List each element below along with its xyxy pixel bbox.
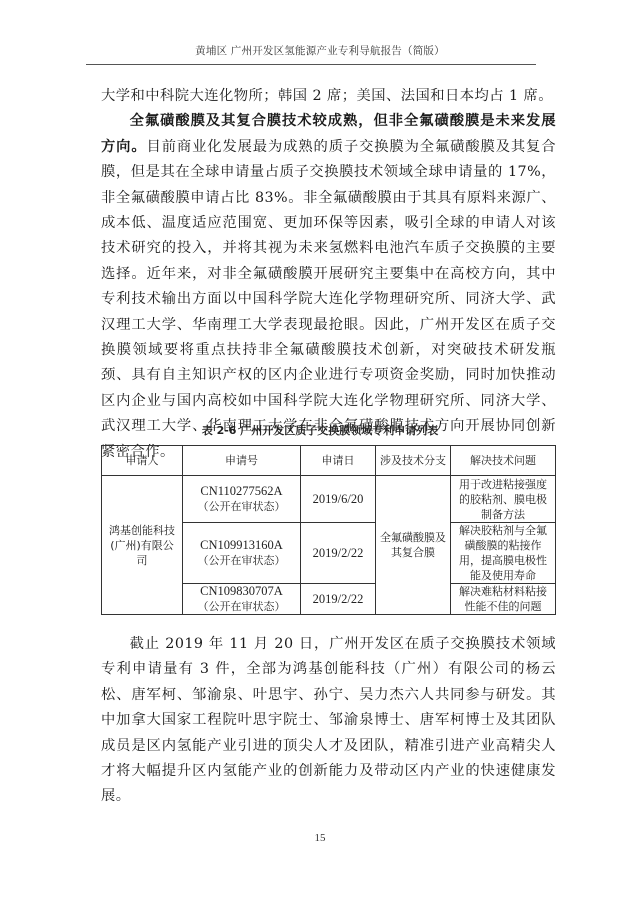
header-applicant: 申请人 — [102, 446, 183, 476]
patent-number: CN109913160A — [186, 538, 297, 553]
cell-application-date: 2019/2/22 — [301, 523, 376, 584]
cell-application-number: CN109913160A （公开在审状态） — [183, 523, 301, 584]
header-problem-solved: 解决技术问题 — [451, 446, 556, 476]
cell-application-date: 2019/6/20 — [301, 476, 376, 523]
cell-tech-branch: 全氟磺酸膜及其复合膜 — [376, 476, 451, 615]
patent-status: （公开在审状态） — [186, 553, 297, 568]
body-section-top: 大学和中科院大连化物所；韩国 2 席；美国、法国和日本均占 1 席。 全氟磺酸膜… — [101, 84, 556, 465]
header-application-date: 申请日 — [301, 446, 376, 476]
cell-problem-solved: 用于改进粘接强度的胶粘剂、膜电极制备方法 — [451, 476, 556, 523]
cell-problem-solved: 解决难粘材料粘接性能不佳的问题 — [451, 584, 556, 615]
patent-table: 申请人 申请号 申请日 涉及技术分支 解决技术问题 鸿基创能科技(广州)有限公司… — [101, 445, 556, 615]
patent-number: CN110277562A — [186, 484, 297, 499]
patent-status: （公开在审状态） — [186, 599, 297, 614]
header-divider — [86, 64, 536, 65]
paragraph-membrane-trend: 全氟磺酸膜及其复合膜技术较成熟，但非全氟磺酸膜是未来发展方向。目前商业化发展最为… — [101, 109, 556, 465]
cell-application-number: CN110277562A （公开在审状态） — [183, 476, 301, 523]
patent-status: （公开在审状态） — [186, 499, 297, 514]
header-application-number: 申请号 — [183, 446, 301, 476]
paragraph-continuation: 大学和中科院大连化物所；韩国 2 席；美国、法国和日本均占 1 席。 — [101, 84, 556, 109]
cell-problem-solved: 解决胶粘剂与全氟磺酸膜的粘接作用，提高膜电极性能及使用寿命 — [451, 523, 556, 584]
body-section-bottom: 截止 2019 年 11 月 20 日，广州开发区在质子交换膜技术领域专利申请量… — [101, 632, 556, 810]
running-header: 黄埔区 广州开发区氢能源产业专利导航报告（简版） — [0, 43, 640, 58]
paragraph-body: 目前商业化发展最为成熟的质子交换膜为全氟磺酸膜及其复合膜，但是其在全球申请量占质… — [101, 139, 556, 460]
paragraph-district-patents: 截止 2019 年 11 月 20 日，广州开发区在质子交换膜技术领域专利申请量… — [101, 632, 556, 810]
cell-applicant: 鸿基创能科技(广州)有限公司 — [102, 476, 183, 615]
header-tech-branch: 涉及技术分支 — [376, 446, 451, 476]
page-number: 15 — [0, 832, 640, 844]
table-caption: 表 2-6 广州开发区质子交换膜领域专利申请列表 — [0, 422, 640, 438]
patent-number: CN109830707A — [186, 584, 297, 599]
cell-application-number: CN109830707A （公开在审状态） — [183, 584, 301, 615]
table-row: 鸿基创能科技(广州)有限公司 CN110277562A （公开在审状态） 201… — [102, 476, 556, 523]
cell-application-date: 2019/2/22 — [301, 584, 376, 615]
table-header-row: 申请人 申请号 申请日 涉及技术分支 解决技术问题 — [102, 446, 556, 476]
